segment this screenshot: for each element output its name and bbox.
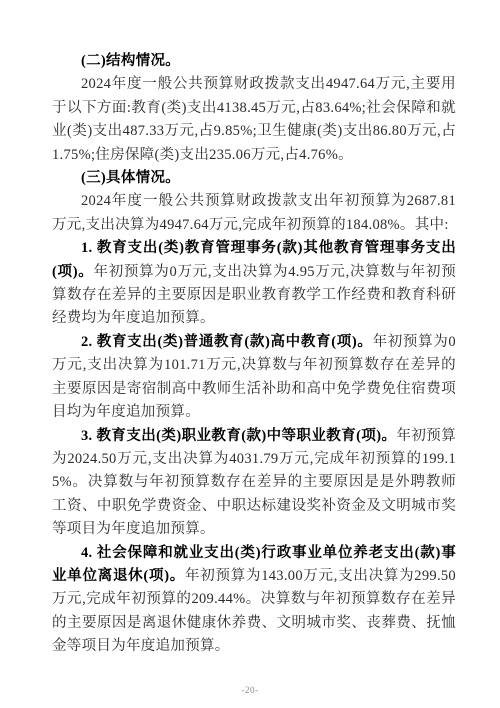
paragraph-details-intro: 2024年度一般公共预算财政拨款支出年初预算为2687.81万元,支出决算为49…	[52, 190, 456, 237]
list-item-paragraph: 2. 教育支出(类)普通教育(款)高中教育(项)。年初预算为0万元,支出决算为1…	[52, 331, 456, 425]
item-lead: 2. 教育支出(类)普通教育(款)高中教育(项)。	[81, 334, 373, 350]
document-page: (二)结构情况。 2024年度一般公共预算财政拨款支出4947.64万元,主要用…	[0, 0, 500, 708]
page-number: -20-	[0, 685, 500, 695]
section-heading-details: (三)具体情况。	[52, 167, 456, 190]
item-body: 年初预算为0万元,支出决算为4.95万元,决算数与年初预算数存在差异的主要原因是…	[52, 264, 456, 327]
paragraph-structure-overview: 2024年度一般公共预算财政拨款支出4947.64万元,主要用于以下方面:教育(…	[52, 73, 456, 167]
list-item-paragraph: 4. 社会保障和就业支出(类)行政事业单位养老支出(款)事业单位离退休(项)。年…	[52, 542, 456, 659]
list-item-paragraph: 1. 教育支出(类)教育管理事务(款)其他教育管理事务支出(项)。年初预算为0万…	[52, 237, 456, 331]
page-body: (二)结构情况。 2024年度一般公共预算财政拨款支出4947.64万元,主要用…	[52, 50, 456, 659]
list-item-paragraph: 3. 教育支出(类)职业教育(款)中等职业教育(项)。年初预算为2024.50万…	[52, 425, 456, 542]
section-heading-structure: (二)结构情况。	[52, 50, 456, 73]
item-lead: 3. 教育支出(类)职业教育(款)中等职业教育(项)。	[81, 428, 396, 444]
